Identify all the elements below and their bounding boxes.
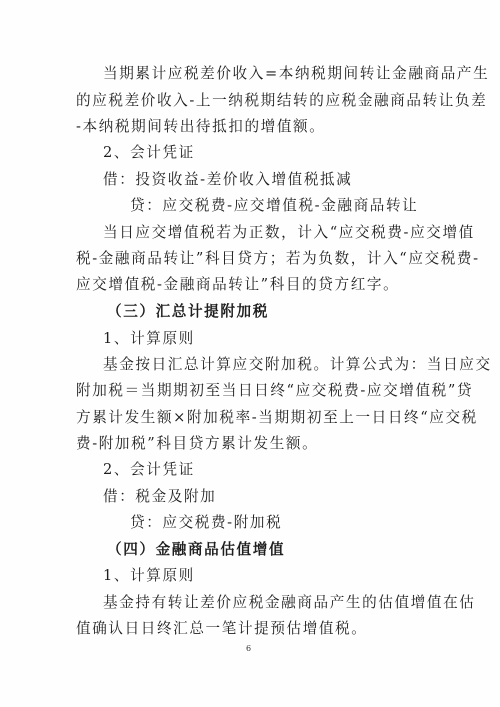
text-line: 基金按日汇总计算应交附加税。计算公式为：当日应交 bbox=[103, 355, 453, 375]
text-line: 费-附加税”科目贷方累计发生额。 bbox=[76, 434, 426, 454]
text-line: 1、计算原则 bbox=[103, 329, 453, 349]
section-heading: （三）汇总计提附加税 bbox=[107, 302, 457, 322]
text-line: -本纳税期间转出待抵扣的增值额。 bbox=[76, 117, 426, 137]
text-line: 值确认日日终汇总一笔计提预估增值税。 bbox=[76, 619, 426, 639]
text-line: 1、计算原则 bbox=[103, 566, 453, 586]
page-number: 6 bbox=[246, 644, 251, 653]
text-line: 方累计发生额×附加税率-当期期初至上一日日终“应交税 bbox=[76, 408, 426, 428]
text-line: 的应税差价收入-上一纳税期结转的应税金融商品转让负差 bbox=[76, 91, 426, 111]
text-line: 税-金融商品转让”科目贷方；若为负数，计入“应交税费- bbox=[76, 249, 426, 269]
text-line: 借：投资收益-差价收入增值税抵减 bbox=[103, 170, 453, 190]
text-line: 当期累计应税差价收入=本纳税期间转让金融商品产生 bbox=[103, 64, 453, 84]
text-line: 附加税＝当期期初至当日日终“应交税费-应交增值税”贷 bbox=[76, 381, 426, 401]
text-line: 应交增值税-金融商品转让”科目的贷方红字。 bbox=[76, 275, 426, 295]
text-line: 2、会计凭证 bbox=[103, 143, 453, 163]
text-line: 贷：应交税费-附加税 bbox=[130, 513, 480, 533]
section-heading: （四）金融商品估值增值 bbox=[107, 540, 457, 560]
text-line: 2、会计凭证 bbox=[103, 460, 453, 480]
text-line: 当日应交增值税若为正数，计入“应交税费-应交增值 bbox=[103, 223, 453, 243]
text-line: 贷：应交税费-应交增值税-金融商品转让 bbox=[130, 196, 480, 216]
document-page: 当期累计应税差价收入=本纳税期间转让金融商品产生的应税差价收入-上一纳税期结转的… bbox=[0, 0, 500, 707]
text-line: 基金持有转让差价应税金融商品产生的估值增值在估 bbox=[103, 593, 453, 613]
text-line: 借：税金及附加 bbox=[103, 487, 453, 507]
